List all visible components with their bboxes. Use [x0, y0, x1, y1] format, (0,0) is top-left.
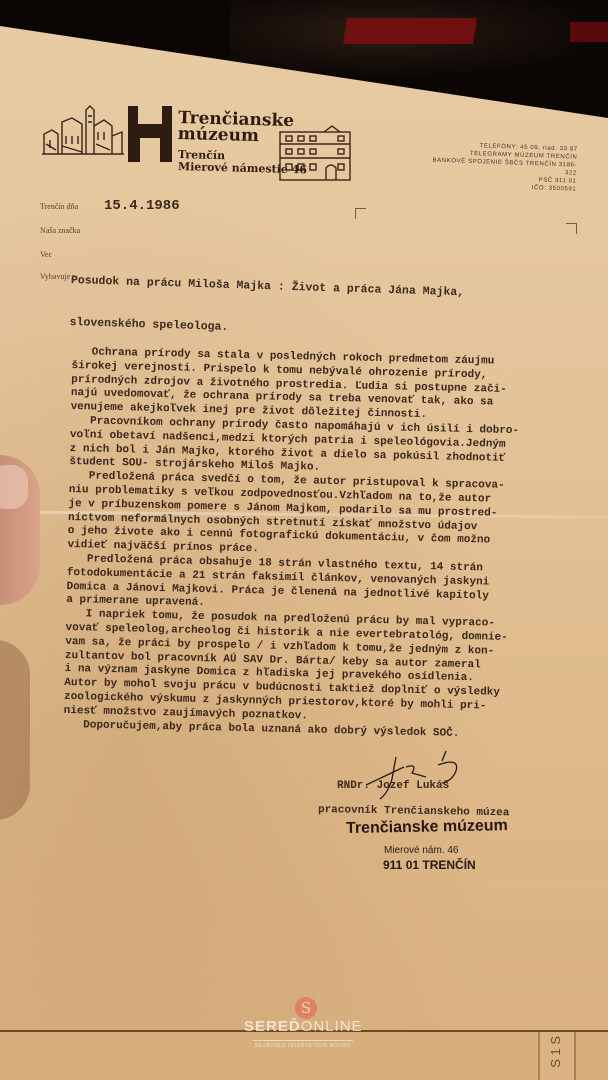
background-red-detail: [570, 22, 608, 42]
watermark-brand-light: ONLINE: [301, 1018, 363, 1035]
letter-body: Ochrana prírody sa stala v posledných ro…: [63, 346, 608, 744]
watermark-brand: SEREĎONLINE: [244, 1018, 363, 1035]
watermark-tagline: NEZÁVISLÉ INTERNETOVÉ NOVINY: [253, 1040, 353, 1049]
handwritten-signature-icon: [360, 745, 480, 805]
stamp-city: 911 01 TRENČÍN: [383, 858, 476, 872]
museum-logo-icon: [128, 106, 172, 162]
address-window-corner: [355, 208, 366, 219]
subject-label: Vec: [40, 250, 52, 259]
subject-text: Posudok na prácu Miloša Majka : Život a …: [69, 246, 465, 356]
stamp-address: Mierové nám. 46: [384, 845, 458, 856]
watermark-brand-bold: SEREĎ: [244, 1018, 301, 1035]
folder-tab-text: S 1 S: [548, 1036, 563, 1068]
stamp-institution: Trenčianske múzeum: [346, 817, 508, 838]
museum-name: Trenčianske múzeum: [178, 110, 295, 145]
building-illustration-icon: [278, 124, 352, 182]
fingernail: [0, 465, 28, 509]
lower-document-sheet: [0, 1030, 608, 1080]
background-red-detail: [343, 18, 477, 44]
castle-illustration-icon: [42, 96, 124, 156]
paragraph-5: I napriek tomu, že posudok na predloženú…: [64, 608, 606, 731]
handled-by-label: Vybavuje: [40, 272, 70, 281]
signatory-name: RNDr. Jozef Lukáš: [337, 780, 449, 792]
paragraph-3: Predložená práca svedčí o tom, že autor …: [67, 470, 608, 565]
paragraph-1: Ochrana prírody sa stala v posledných ro…: [70, 346, 608, 427]
watermark-logo-icon: S: [295, 997, 317, 1019]
thumb-shadow: [0, 640, 30, 820]
address-window-corner: [566, 223, 577, 234]
contact-info: TELEFÓNY: 45 09, riad. 33 87 TELEGRAMY M…: [424, 140, 578, 193]
reference-label: Naša značka: [40, 226, 80, 235]
subject-line1: Posudok na prácu Miloša Majka : Život a …: [71, 274, 465, 300]
date-value: 15.4.1986: [104, 198, 180, 214]
subject-line2: slovenského speleologa.: [69, 316, 463, 342]
date-label: Trenčín dňa: [40, 202, 78, 211]
